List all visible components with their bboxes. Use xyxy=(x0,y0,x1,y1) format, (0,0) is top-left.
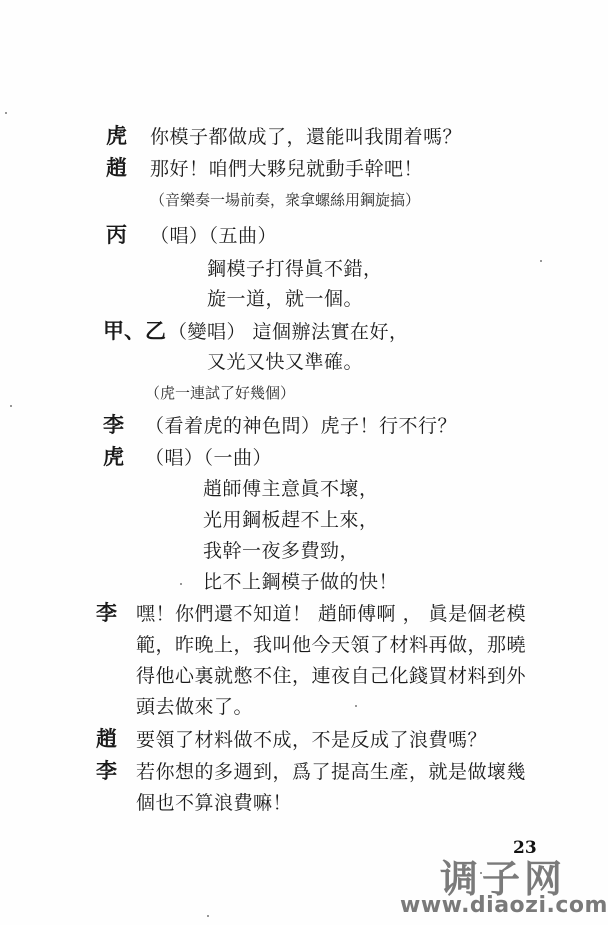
stage-direction: （音樂奏一場前奏，衆拿螺絲用鋼旋搞） xyxy=(150,190,420,210)
speaker-label: 甲、乙 xyxy=(103,320,166,342)
dialogue-line: 若你想的多週到，爲了提高生產，就是做壞幾 xyxy=(136,761,526,783)
verse-line: 我幹一夜多費勁， xyxy=(203,540,359,562)
watermark-url: www.diaozi.com xyxy=(400,893,608,918)
verse-line: 光用鋼板趕不上來， xyxy=(203,509,379,531)
singing-direction: （唱）（五曲） xyxy=(150,225,277,247)
dialogue-line: （變唱） 這個辦法實在好， xyxy=(168,321,409,343)
speaker-label: 丙 xyxy=(106,224,127,246)
stage-direction: （虎一連試了好幾個） xyxy=(145,383,295,403)
verse-line: 比不上鋼模子做的快！ xyxy=(203,571,398,593)
scan-speck xyxy=(5,112,7,114)
book-page: 虎 你模子都做成了，還能叫我閒着嗎？ 趙 那好！咱們大夥兒就動手幹吧！ （音樂奏… xyxy=(0,0,608,925)
dialogue-line: 那好！咱們大夥兒就動手幹吧！ xyxy=(150,158,423,180)
singing-direction: （唱）（一曲） xyxy=(145,447,272,469)
dialogue-line: （看着虎的神色問）虎子！行不行？ xyxy=(145,415,457,437)
speaker-label: 趙 xyxy=(106,157,127,179)
speaker-label: 李 xyxy=(96,760,117,782)
scan-speck xyxy=(540,260,542,262)
dialogue-continuation: 個也不算浪費嘛！ xyxy=(136,792,292,814)
dialogue-continuation: 得他心裏就憋不住，連夜自己化錢買材料到外 xyxy=(136,665,526,687)
dialogue-line: 你模子都做成了，還能叫我閒着嗎？ xyxy=(150,126,462,148)
scan-speck xyxy=(207,915,209,917)
dialogue-continuation: 頭去做來了。 xyxy=(136,696,253,718)
verse-line: 趙師傅主意眞不壞， xyxy=(203,478,379,500)
verse-line: 鋼模子打得眞不錯， xyxy=(207,258,383,280)
speaker-label: 李 xyxy=(103,414,124,436)
verse-line: 又光又快又準確。 xyxy=(207,351,363,373)
dialogue-line: 嘿！你們還不知道！ 趙師傅啊 ， 眞是個老模 xyxy=(136,603,526,625)
verse-line: 旋一道，就一個。 xyxy=(207,288,363,310)
speaker-label: 趙 xyxy=(96,728,117,750)
dialogue-line: 要領了材料做不成，不是反成了浪費嗎？ xyxy=(136,729,487,751)
dialogue-continuation: 範，昨晚上，我叫他今天領了材料再做，那曉 xyxy=(136,634,526,656)
speaker-label: 李 xyxy=(96,602,117,624)
scan-speck xyxy=(355,705,357,707)
scan-speck xyxy=(480,872,482,874)
speaker-label: 虎 xyxy=(106,125,127,147)
speaker-label: 虎 xyxy=(103,446,124,468)
scan-speck xyxy=(180,583,182,585)
scan-speck xyxy=(10,405,12,407)
